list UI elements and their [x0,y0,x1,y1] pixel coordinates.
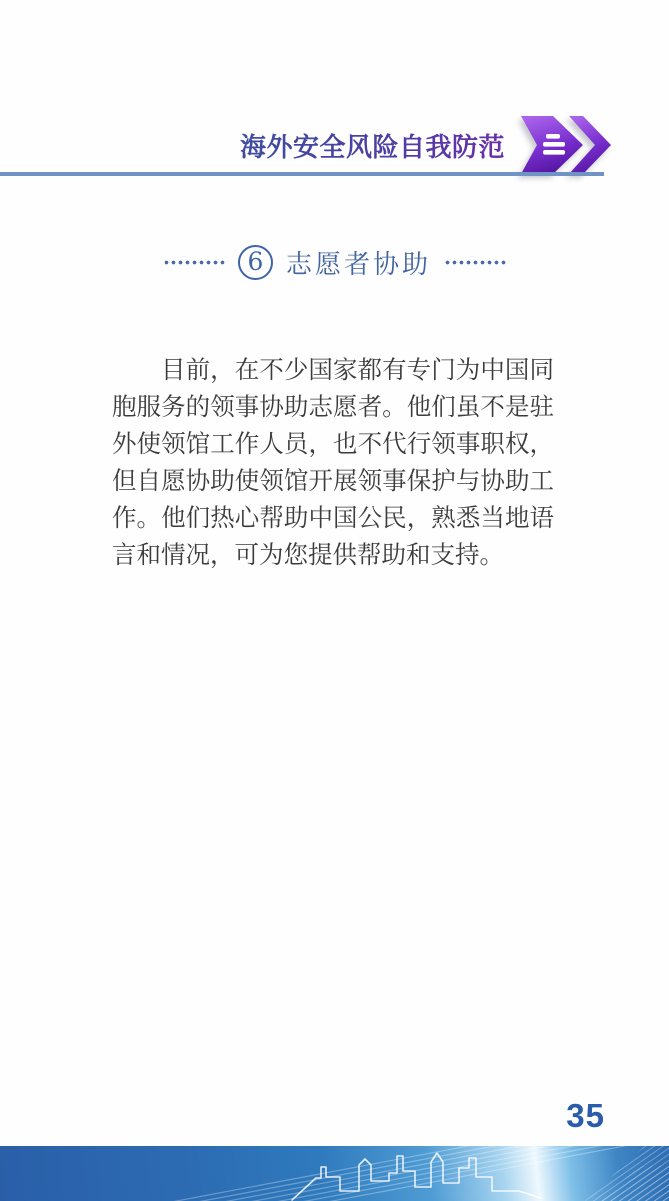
page-header-title: 海外安全风险自我防范 [240,127,505,164]
page-number: 35 [566,1097,605,1135]
dotted-rule-left [163,260,225,265]
page-header: 海外安全风险自我防范 [0,114,669,176]
skyline-art-icon [0,1146,669,1201]
section-number-badge: 6 [238,245,273,280]
body-paragraph: 目前，在不少国家都有专门为中国同胞服务的领事协助志愿者。他们虽不是驻外使领馆工作… [112,352,554,574]
dotted-rule-right [444,260,506,265]
arrow-list-logo-icon [513,113,623,177]
header-divider [0,172,604,176]
footer-decorative-band [0,1146,669,1201]
section-title: 志愿者协助 [286,244,431,281]
booklet-page: 海外安全风险自我防范 6 志愿者协助 目前，在不少国家都有专门为中国同胞服务的领… [0,0,669,1201]
section-heading: 6 志愿者协助 [0,244,669,280]
